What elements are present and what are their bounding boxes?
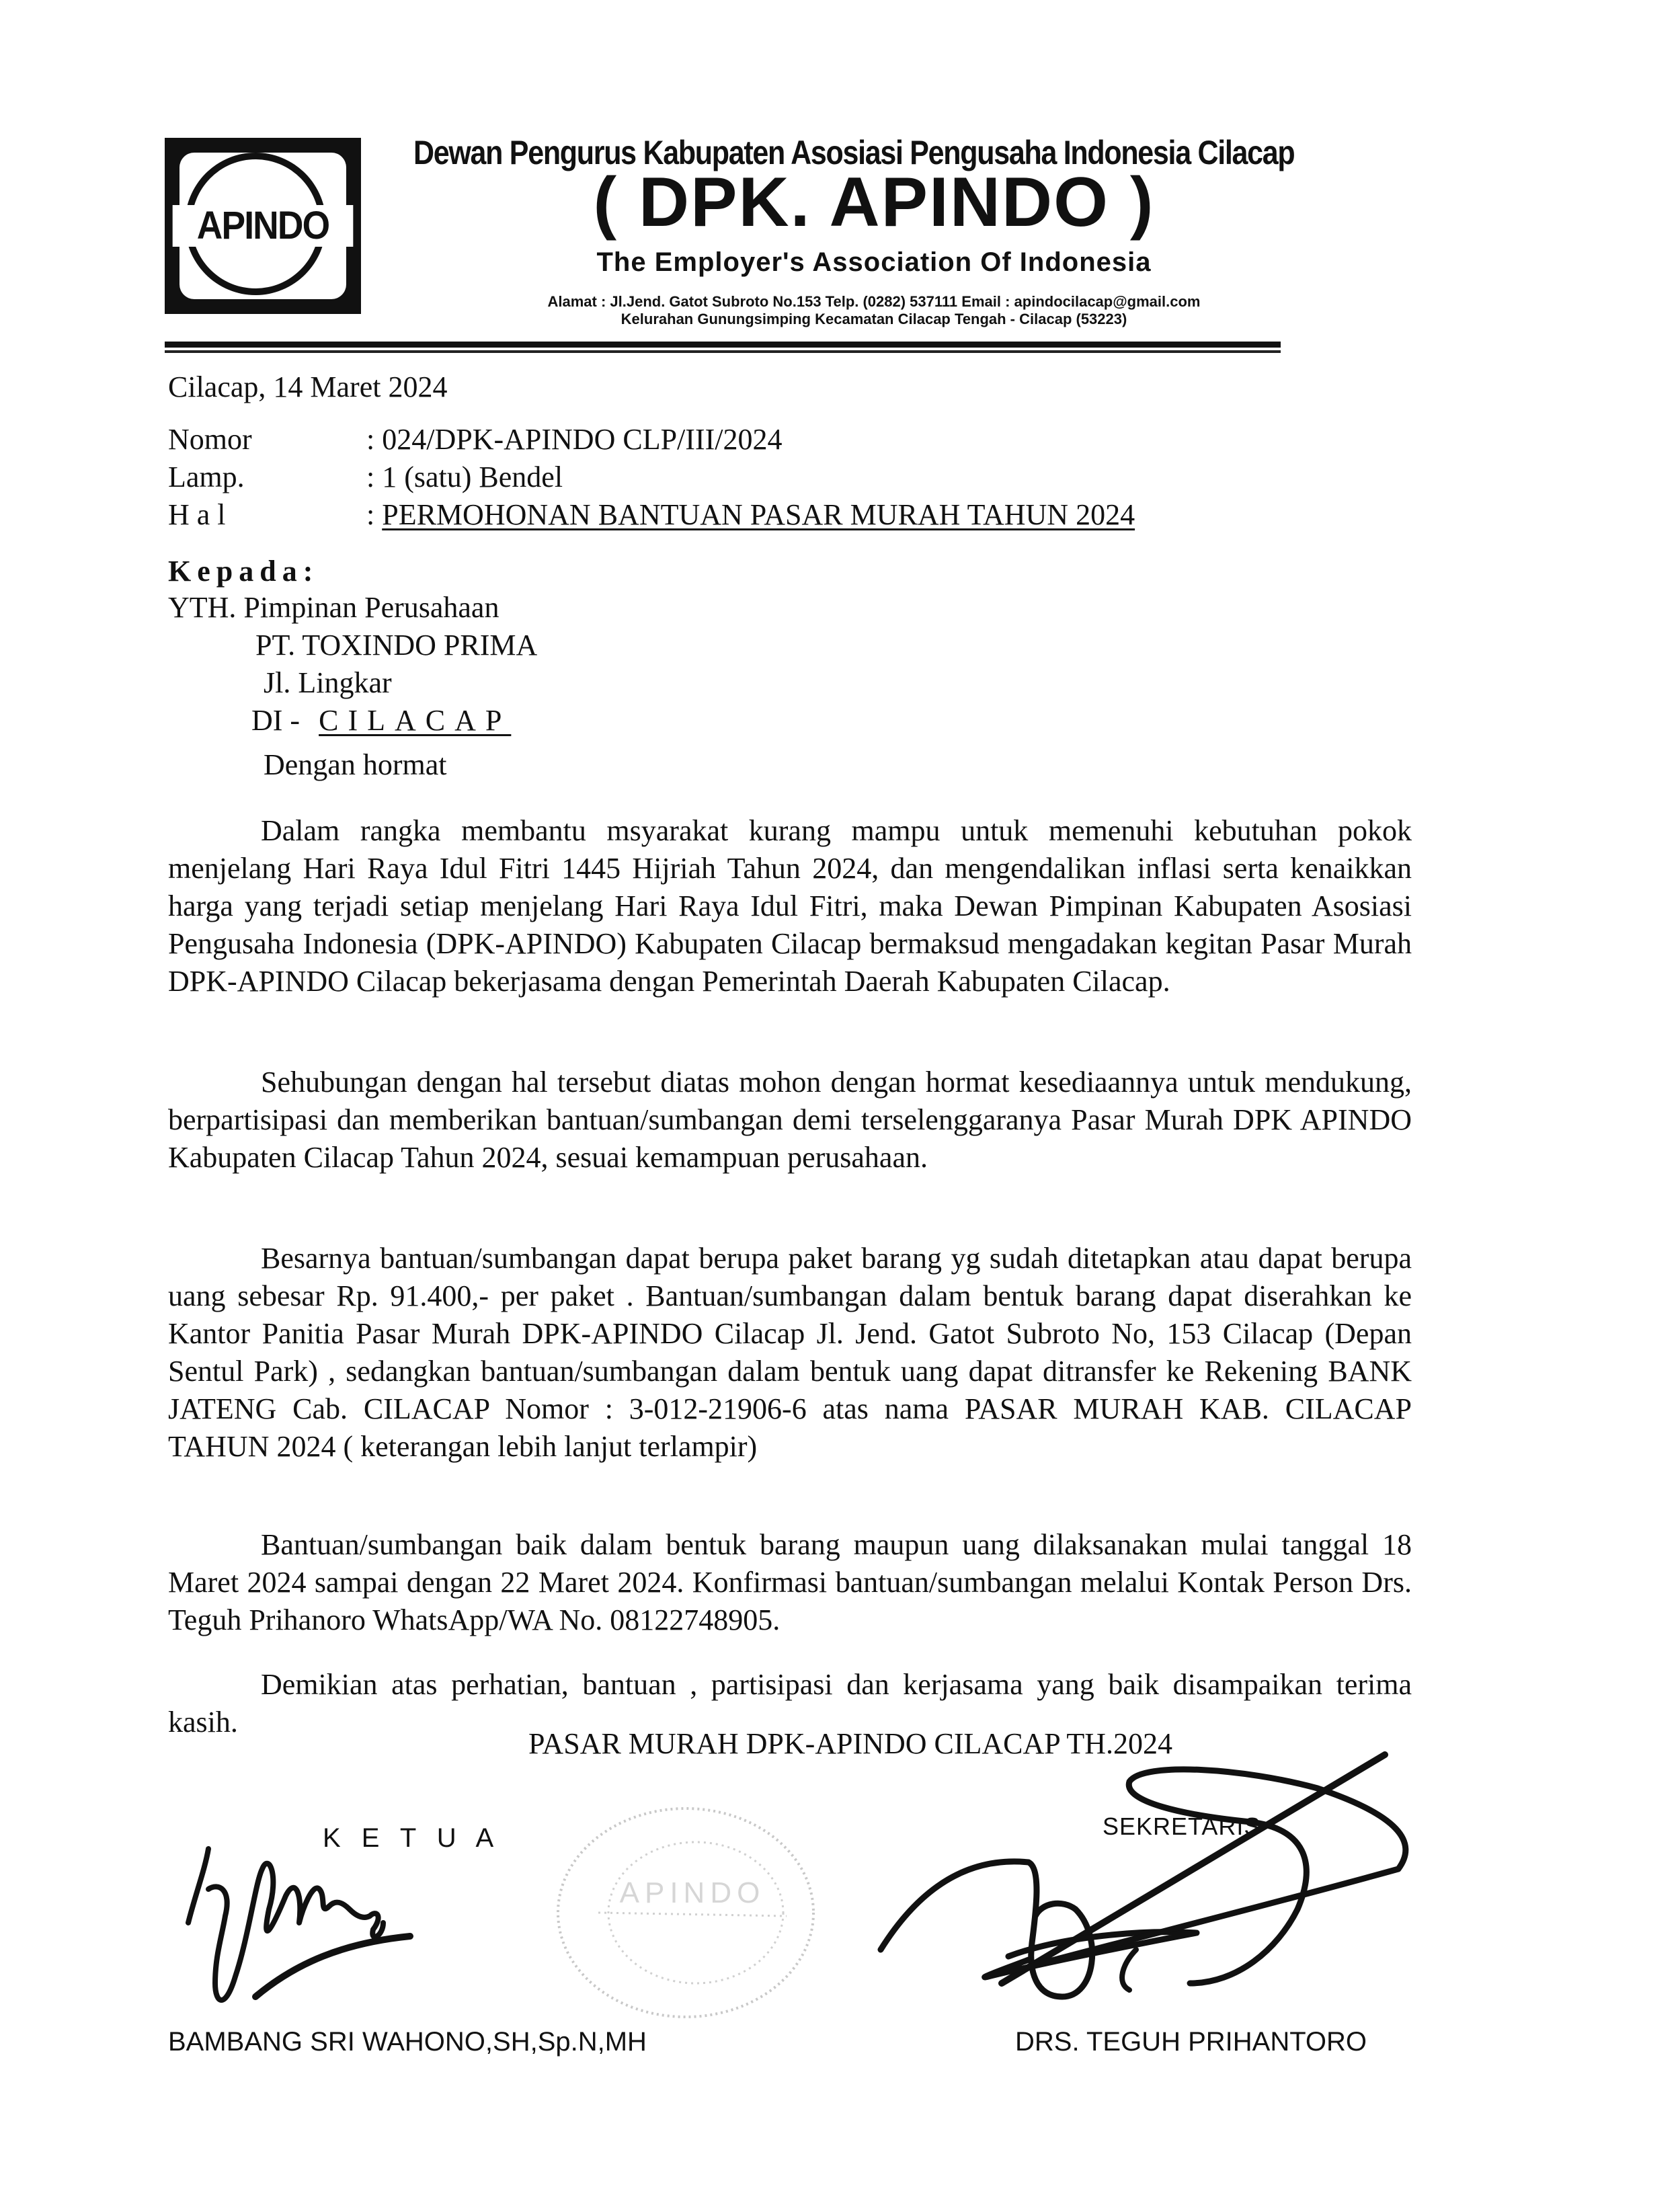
letterhead-divider-thin xyxy=(165,350,1281,353)
recipient-city-line: DI -CILACAP xyxy=(251,702,511,740)
org-address-line2: Kelurahan Gunungsimping Kecamatan Cilaca… xyxy=(403,311,1345,328)
signatory-name-sekretaris: DRS. TEGUH PRIHANTORO xyxy=(1015,2027,1367,2057)
org-short-name: ( DPK. APINDO ) xyxy=(403,165,1345,239)
letterhead-divider-thick xyxy=(165,342,1281,348)
signatory-name-ketua: BAMBANG SRI WAHONO,SH,Sp.N,MH xyxy=(168,2027,647,2057)
ketua-signature-icon xyxy=(168,1842,450,2024)
meta-label-lamp: Lamp. xyxy=(168,459,245,496)
body-paragraph: Bantuan/sumbangan baik dalam bentuk bara… xyxy=(168,1526,1412,1639)
greeting: Dengan hormat xyxy=(264,746,446,784)
meta-value-lamp: : 1 (satu) Bendel xyxy=(366,459,563,496)
meta-label-hal: H a l xyxy=(168,496,226,534)
org-address-line1: Alamat : Jl.Jend. Gatot Subroto No.153 T… xyxy=(403,293,1345,311)
meta-hal-colon: : xyxy=(366,498,382,531)
place-date: Cilacap, 14 Maret 2024 xyxy=(168,368,447,406)
body-paragraph: Sehubungan dengan hal tersebut diatas mo… xyxy=(168,1064,1412,1177)
meta-value-hal: : PERMOHONAN BANTUAN PASAR MURAH TAHUN 2… xyxy=(366,496,1135,534)
subject-line: PERMOHONAN BANTUAN PASAR MURAH TAHUN 202… xyxy=(382,498,1135,531)
logo-text: APINDO xyxy=(173,205,354,247)
recipient-salutation: YTH. Pimpinan Perusahaan xyxy=(168,589,499,627)
svg-text:APINDO: APINDO xyxy=(620,1876,766,1909)
meta-label-nomor: Nomor xyxy=(168,421,252,459)
recipient-street: Jl. Lingkar xyxy=(264,664,392,702)
org-tagline: The Employer's Association Of Indonesia xyxy=(403,247,1345,278)
sekretaris-signature-icon xyxy=(874,1741,1452,2024)
apindo-logo: APINDO xyxy=(165,138,361,314)
body-paragraph: Besarnya bantuan/sumbangan dapat berupa … xyxy=(168,1240,1412,1466)
organization-stamp-icon: APINDO xyxy=(551,1802,820,2024)
org-address: Alamat : Jl.Jend. Gatot Subroto No.153 T… xyxy=(403,293,1345,328)
body-paragraph: Dalam rangka membantu msyarakat kurang m… xyxy=(168,812,1412,1000)
recipient-label: Kepada: xyxy=(168,553,319,590)
meta-value-nomor: : 024/DPK-APINDO CLP/III/2024 xyxy=(366,421,782,459)
recipient-city: CILACAP xyxy=(319,704,511,737)
recipient-di-prefix: DI - xyxy=(251,704,300,737)
recipient-company: PT. TOXINDO PRIMA xyxy=(255,627,537,664)
